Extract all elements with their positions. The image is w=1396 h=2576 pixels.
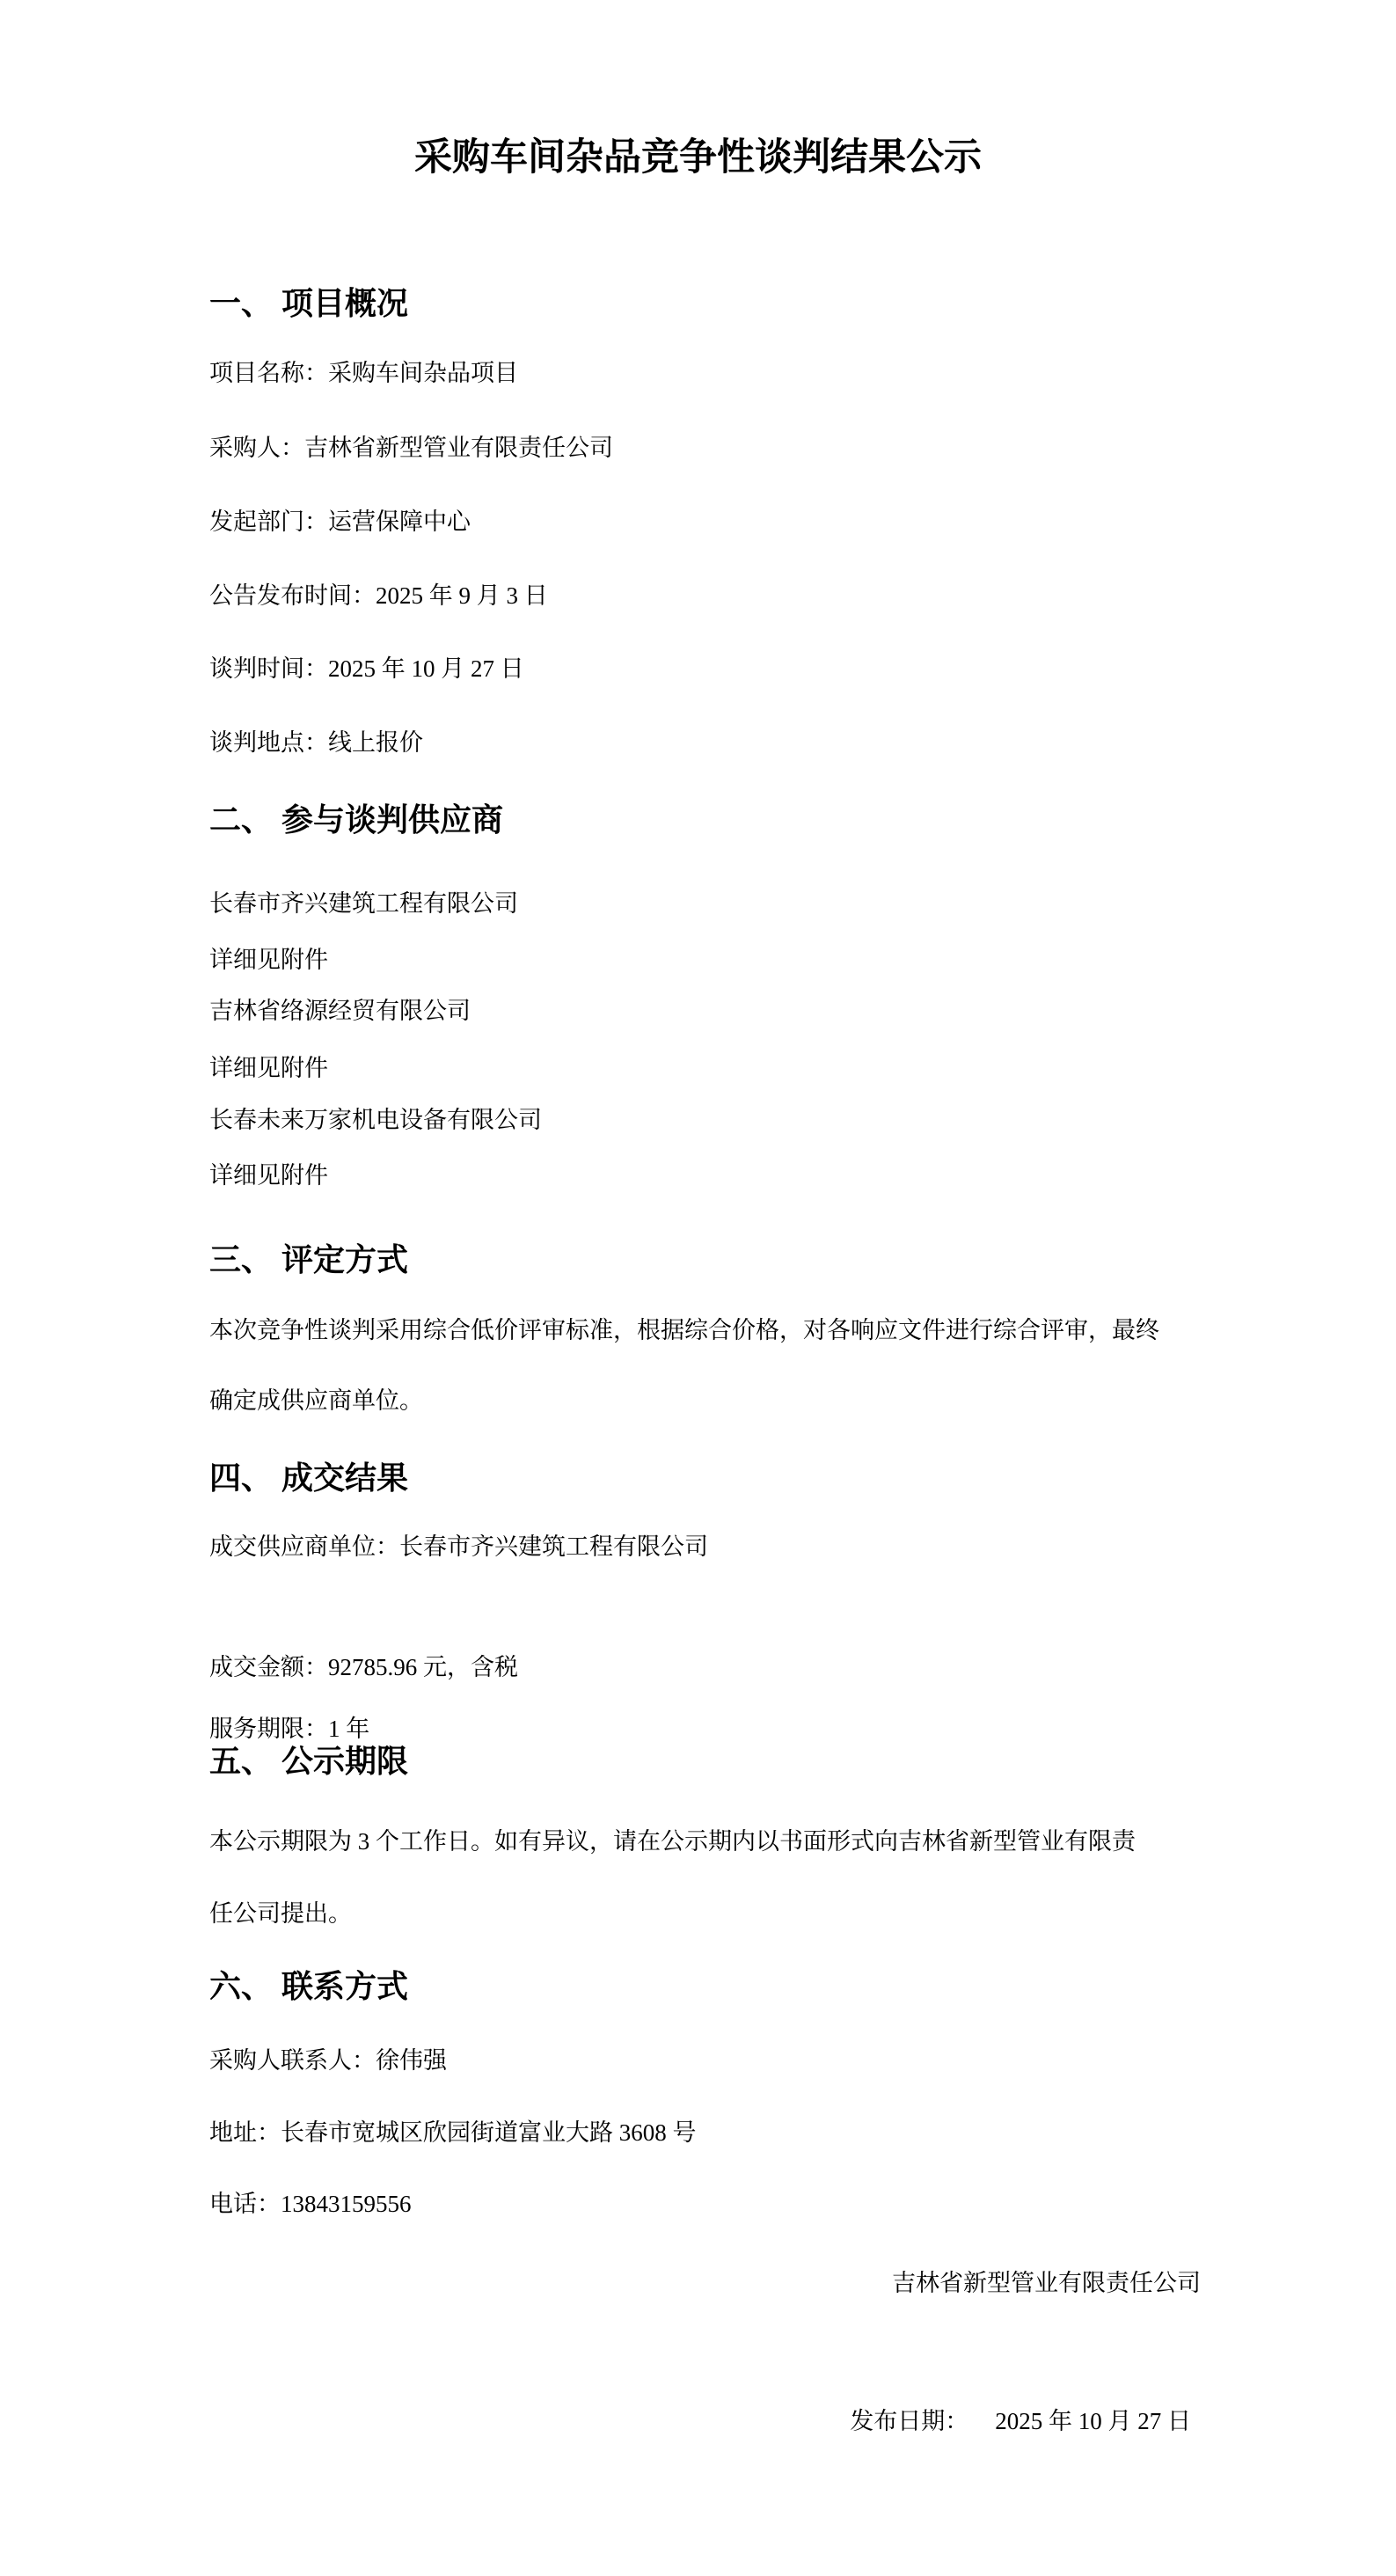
supplier-1-detail: 详细见附件 — [209, 945, 328, 976]
supplier-2-detail: 详细见附件 — [209, 1053, 328, 1084]
line-phone: 电话：13843159556 — [209, 2189, 412, 2220]
line-address: 地址：长春市宽城区欣园街道富业大路 3608 号 — [209, 2118, 697, 2148]
document-page: 采购车间杂品竞争性谈判结果公示 一、 项目概况 项目名称：采购车间杂品项目 采购… — [0, 0, 1396, 2576]
publish-date-value: 2025 年 10 月 27 日 — [995, 2408, 1191, 2434]
evaluation-line-1: 本次竞争性谈判采用综合低价评审标准，根据综合价格，对各响应文件进行综合评审，最终 — [209, 1315, 1159, 1346]
section-4-heading: 四、 成交结果 — [209, 1458, 408, 1499]
line-negotiation-time: 谈判时间：2025 年 10 月 27 日 — [209, 654, 524, 684]
publish-date-line: 发布日期：2025 年 10 月 27 日 — [850, 2406, 1191, 2437]
supplier-2-name: 吉林省络源经贸有限公司 — [209, 996, 471, 1027]
section-5-heading: 五、 公示期限 — [209, 1741, 408, 1782]
section-1-heading: 一、 项目概况 — [209, 283, 408, 325]
line-amount: 成交金额：92785.96 元，含税 — [209, 1652, 518, 1683]
line-negotiation-place: 谈判地点：线上报价 — [209, 728, 423, 758]
evaluation-line-2: 确定成供应商单位。 — [209, 1386, 423, 1416]
line-announce-time: 公告发布时间：2025 年 9 月 3 日 — [209, 581, 548, 611]
document-title: 采购车间杂品竞争性谈判结果公示 — [0, 134, 1396, 183]
supplier-3-name: 长春未来万家机电设备有限公司 — [209, 1105, 542, 1136]
publicity-line-2: 任公司提出。 — [209, 1899, 352, 1929]
section-2-heading: 二、 参与谈判供应商 — [209, 800, 503, 841]
section-3-heading: 三、 评定方式 — [209, 1240, 408, 1281]
publicity-line-1: 本公示期限为 3 个工作日。如有异议，请在公示期内以书面形式向吉林省新型管业有限… — [209, 1826, 1136, 1857]
publish-date-label: 发布日期： — [850, 2408, 968, 2434]
line-contact-person: 采购人联系人：徐伟强 — [209, 2045, 447, 2076]
supplier-1-name: 长春市齐兴建筑工程有限公司 — [209, 889, 518, 919]
signature-company: 吉林省新型管业有限责任公司 — [892, 2268, 1201, 2299]
line-department: 发起部门：运营保障中心 — [209, 507, 471, 538]
section-6-heading: 六、 联系方式 — [209, 1966, 408, 2008]
line-purchaser: 采购人：吉林省新型管业有限责任公司 — [209, 433, 613, 464]
line-project-name: 项目名称：采购车间杂品项目 — [209, 358, 518, 389]
line-winner: 成交供应商单位：长春市齐兴建筑工程有限公司 — [209, 1532, 708, 1562]
supplier-3-detail: 详细见附件 — [209, 1160, 328, 1191]
line-service-term: 服务期限：1 年 — [209, 1714, 369, 1745]
